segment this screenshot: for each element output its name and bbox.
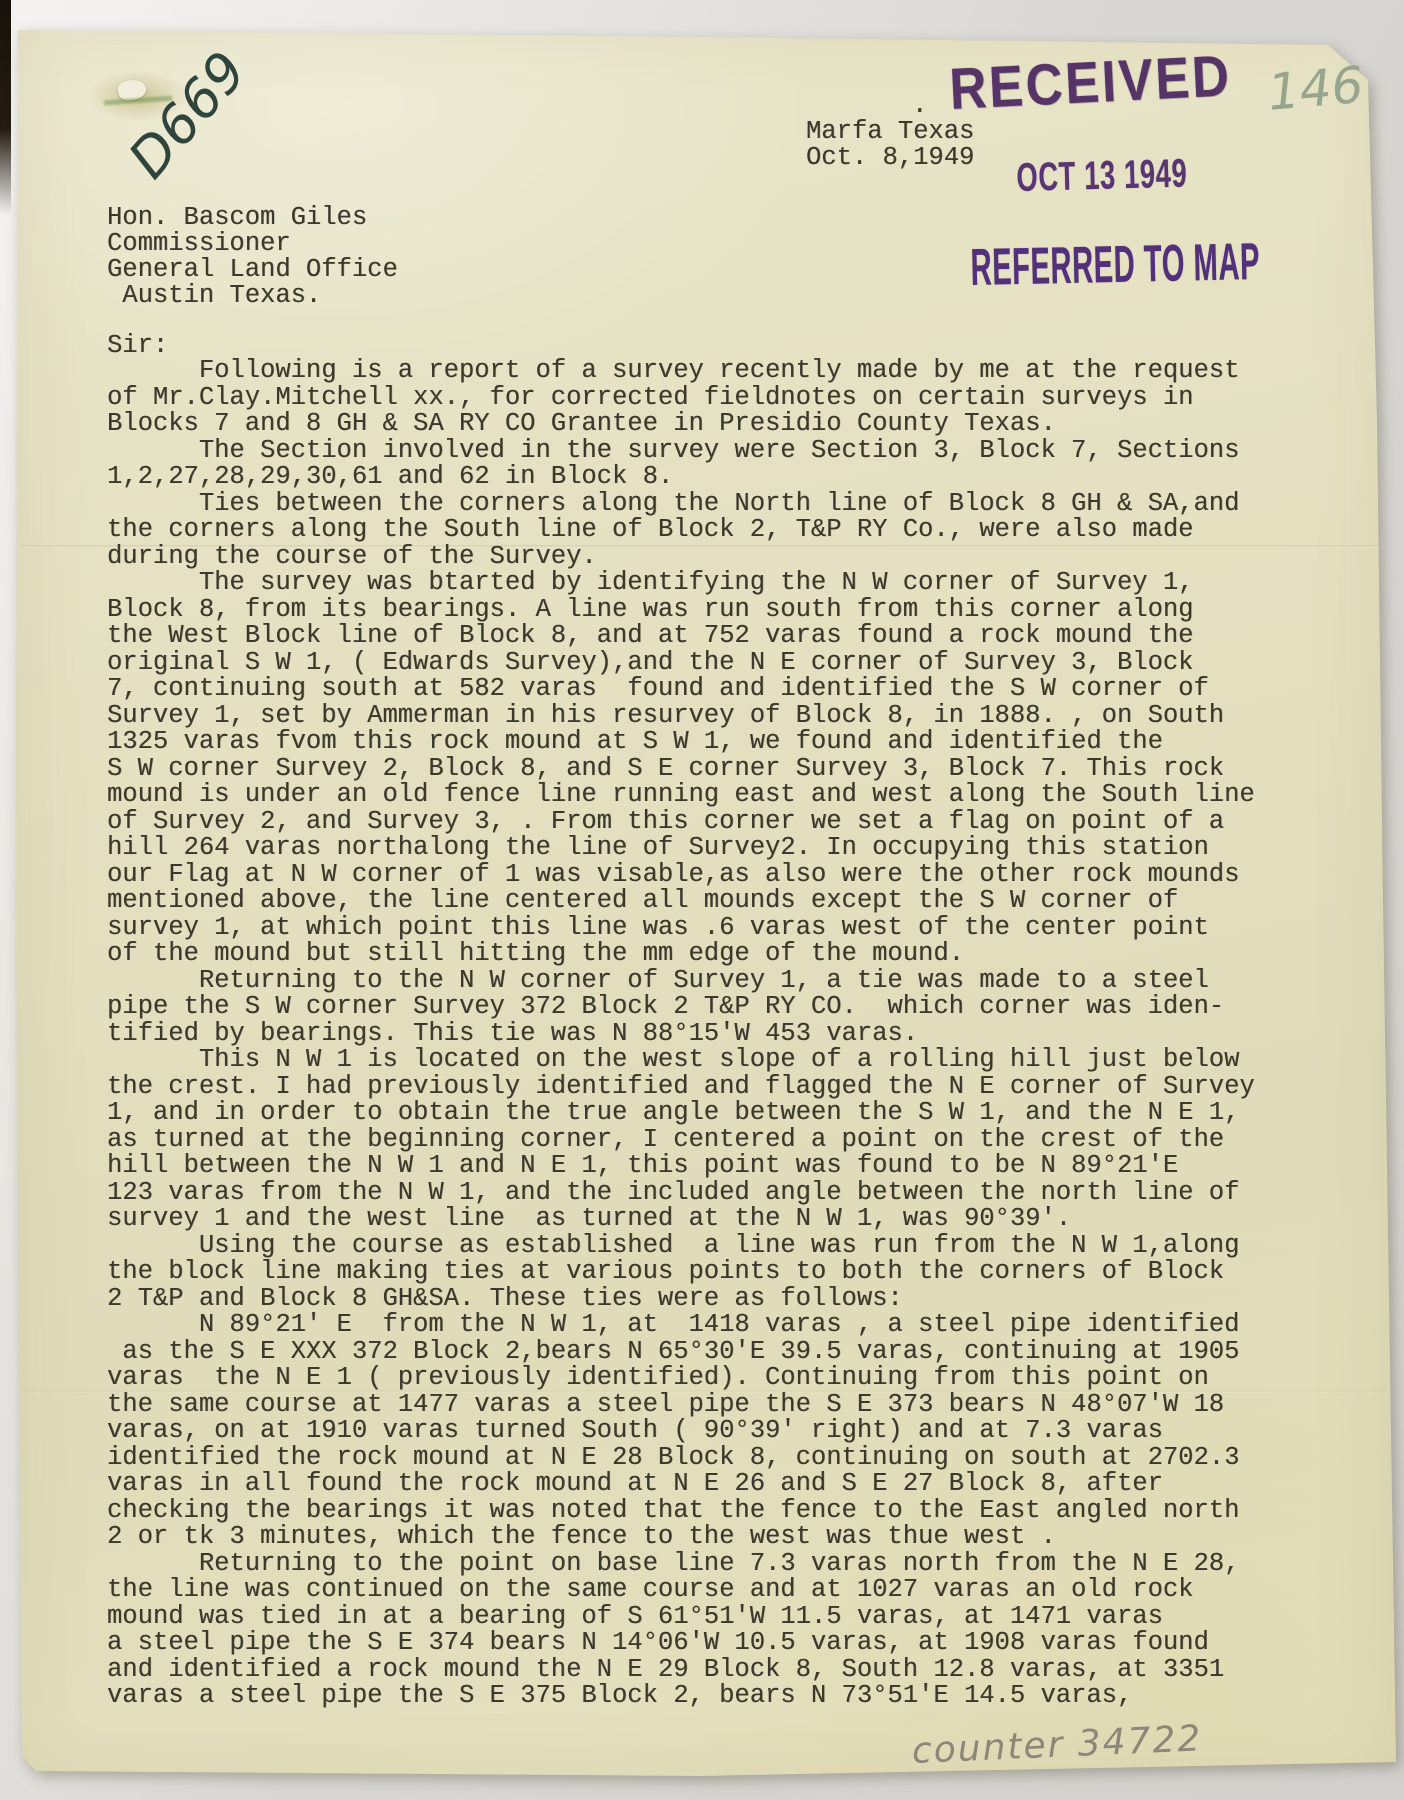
stray-typed-period: . bbox=[912, 93, 927, 120]
dateline-date: Oct. 8,1949 bbox=[806, 143, 974, 172]
letter-body: Following is a report of a survey recent… bbox=[107, 358, 1255, 1710]
dateline-place: Marfa Texas bbox=[806, 117, 974, 146]
date-received-stamp: OCT 13 1949 bbox=[1016, 152, 1188, 201]
referred-to-map-stamp: REFERRED TO MAP bbox=[970, 232, 1261, 298]
scanned-letter-page: D669 RECEIVED 146 . Marfa Texas Oct. 8,1… bbox=[0, 0, 1404, 1800]
handwritten-page-number: 146 bbox=[1265, 56, 1365, 122]
dateline: Marfa Texas Oct. 8,1949 bbox=[806, 119, 974, 171]
recipient-address: Hon. Bascom Giles Commissioner General L… bbox=[107, 205, 398, 309]
received-stamp: RECEIVED bbox=[948, 42, 1233, 123]
